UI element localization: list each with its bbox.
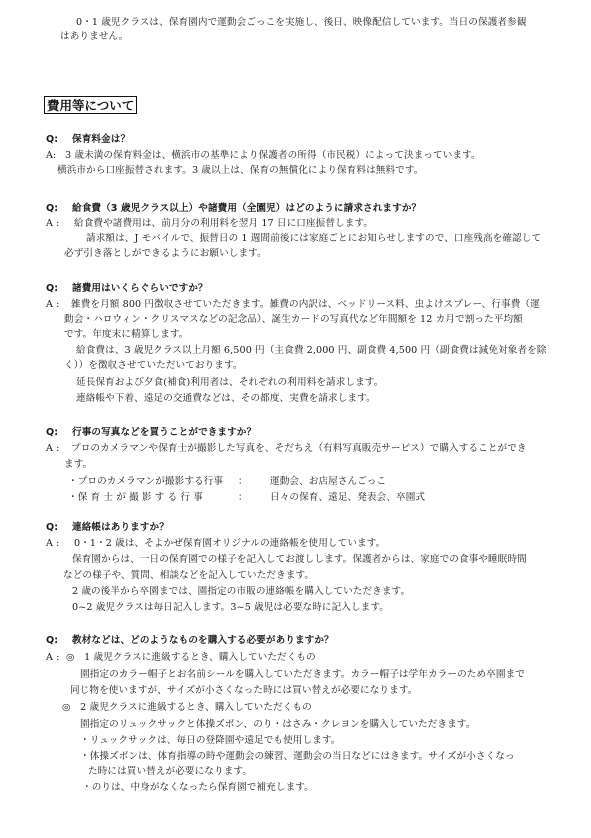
question: Q:連絡帳はありますか？ (46, 523, 169, 533)
section-heading: 費用等について (44, 96, 137, 114)
answer-line: 延長保育および夕食(補食)利用者は、それぞれの利用料を請求します。 (76, 378, 383, 388)
intro-line-1: 0・1 歳児クラスは、保育園内で運動会ごっこを実施し、後日、映像配信しています。… (76, 18, 527, 28)
answer-line: ・体操ズボンは、体育指導の時や運動会の練習、運動会の当日などにはきます。サイズが… (80, 752, 515, 762)
answer-line: A :給食費や諸費用は、前月分の利用料を翌月 17 日に口座振替します。 (46, 219, 373, 229)
question: Q:諸費用はいくらぐらいですか？ (46, 284, 208, 294)
answer-line: 園指定のカラー帽子とお名前シールを購入していただきます。カラー帽子は学年カラーの… (80, 670, 525, 680)
answer-line: ・のりは、中身がなくなったら保育園で補充します。 (82, 783, 314, 793)
answer-line: A :プロのカメラマンや保育士が撮影した写真を、そだちえ（有料写真販売サービス）… (46, 444, 527, 454)
answer-line: 連絡帳や下着、遠足の交通費などは、その都度、実費を請求します。 (76, 394, 376, 404)
question: Q:行事の写真などを買うことができますか？ (46, 428, 256, 438)
answer-line: ます。 (64, 460, 92, 470)
answer-line: 動会・ハロウィン・クリスマスなどの記念品）、誕生カードの写真代など年間額を 12… (64, 315, 523, 325)
answer-line: などの様子や、質問、相談などを記入していただきます。 (63, 571, 314, 581)
answer-line: A:3 歳未満の保育料金は、横浜市の基準により保護者の所得（市民税）によって決ま… (46, 151, 481, 161)
answer-line: 請求額は、J モバイルで、振替日の 1 週間前後には家庭ごとにお知らせしますので… (86, 234, 541, 244)
answer-line: 給食費は、3 歳児クラス以上月額 6,500 円（主食費 2,000 円、副食費… (76, 346, 547, 356)
answer-line: 横浜市から口座振替されます。3 歳以上は、保育の無償化により保育料は無料です。 (57, 166, 424, 176)
answer-line: 必ず引き落としができるようにお願いします。 (64, 249, 267, 259)
answer-line: ◎ 2 歳児クラスに進級するとき、購入していただくもの (62, 703, 312, 713)
answer-line: 2 歳の後半から卒園までは、園指定の市販の連絡帳を購入していただきます。 (72, 587, 410, 597)
answer-line: A :0・1・2 歳は、そよかぜ保育園オリジナルの連絡帳を使用しています。 (46, 539, 385, 549)
intro-line-2: はありません。 (60, 32, 128, 42)
question: Q:教材などは、どのようなものを購入する必要がありますか？ (46, 636, 334, 646)
answer-line: た時には買い替えが必要になります。 (88, 767, 252, 777)
question: Q:給食費（3 歳児クラス以上）や諸費用（全園児）はどのように請求されますか？ (46, 204, 421, 214)
answer-line: A :◎ 1 歳児クラスに進級するとき、購入していただくもの (46, 653, 316, 663)
answer-line: A :雑費を月額 800 円徴収させていただきます。雑費の内訳は、ベッドリース料… (46, 300, 540, 310)
answer-line: 園指定のリュックサックと体操ズボン、のり・はさみ・クレヨンを購入していただきます… (80, 720, 475, 730)
answer-line: です。年度末に精算します。 (64, 330, 188, 340)
answer-line: 同じ物を使いますが、サイズが小さくなった時には買い替えが必要になります。 (70, 686, 417, 696)
answer-line: 保育園からは、一日の保育園での様子を記入してお渡しします。保護者からは、家庭での… (72, 555, 527, 565)
answer-line: く））を徴収させていただいております。 (64, 361, 243, 371)
answer-line: 0~2 歳児クラスは毎日記入します。3~5 歳児は必要な時に記入します。 (72, 603, 389, 613)
answer-line: ・リュックサックは、毎日の登降園や遠足でも使用します。 (80, 736, 340, 746)
question: Q:保育料金は？ (46, 135, 130, 145)
